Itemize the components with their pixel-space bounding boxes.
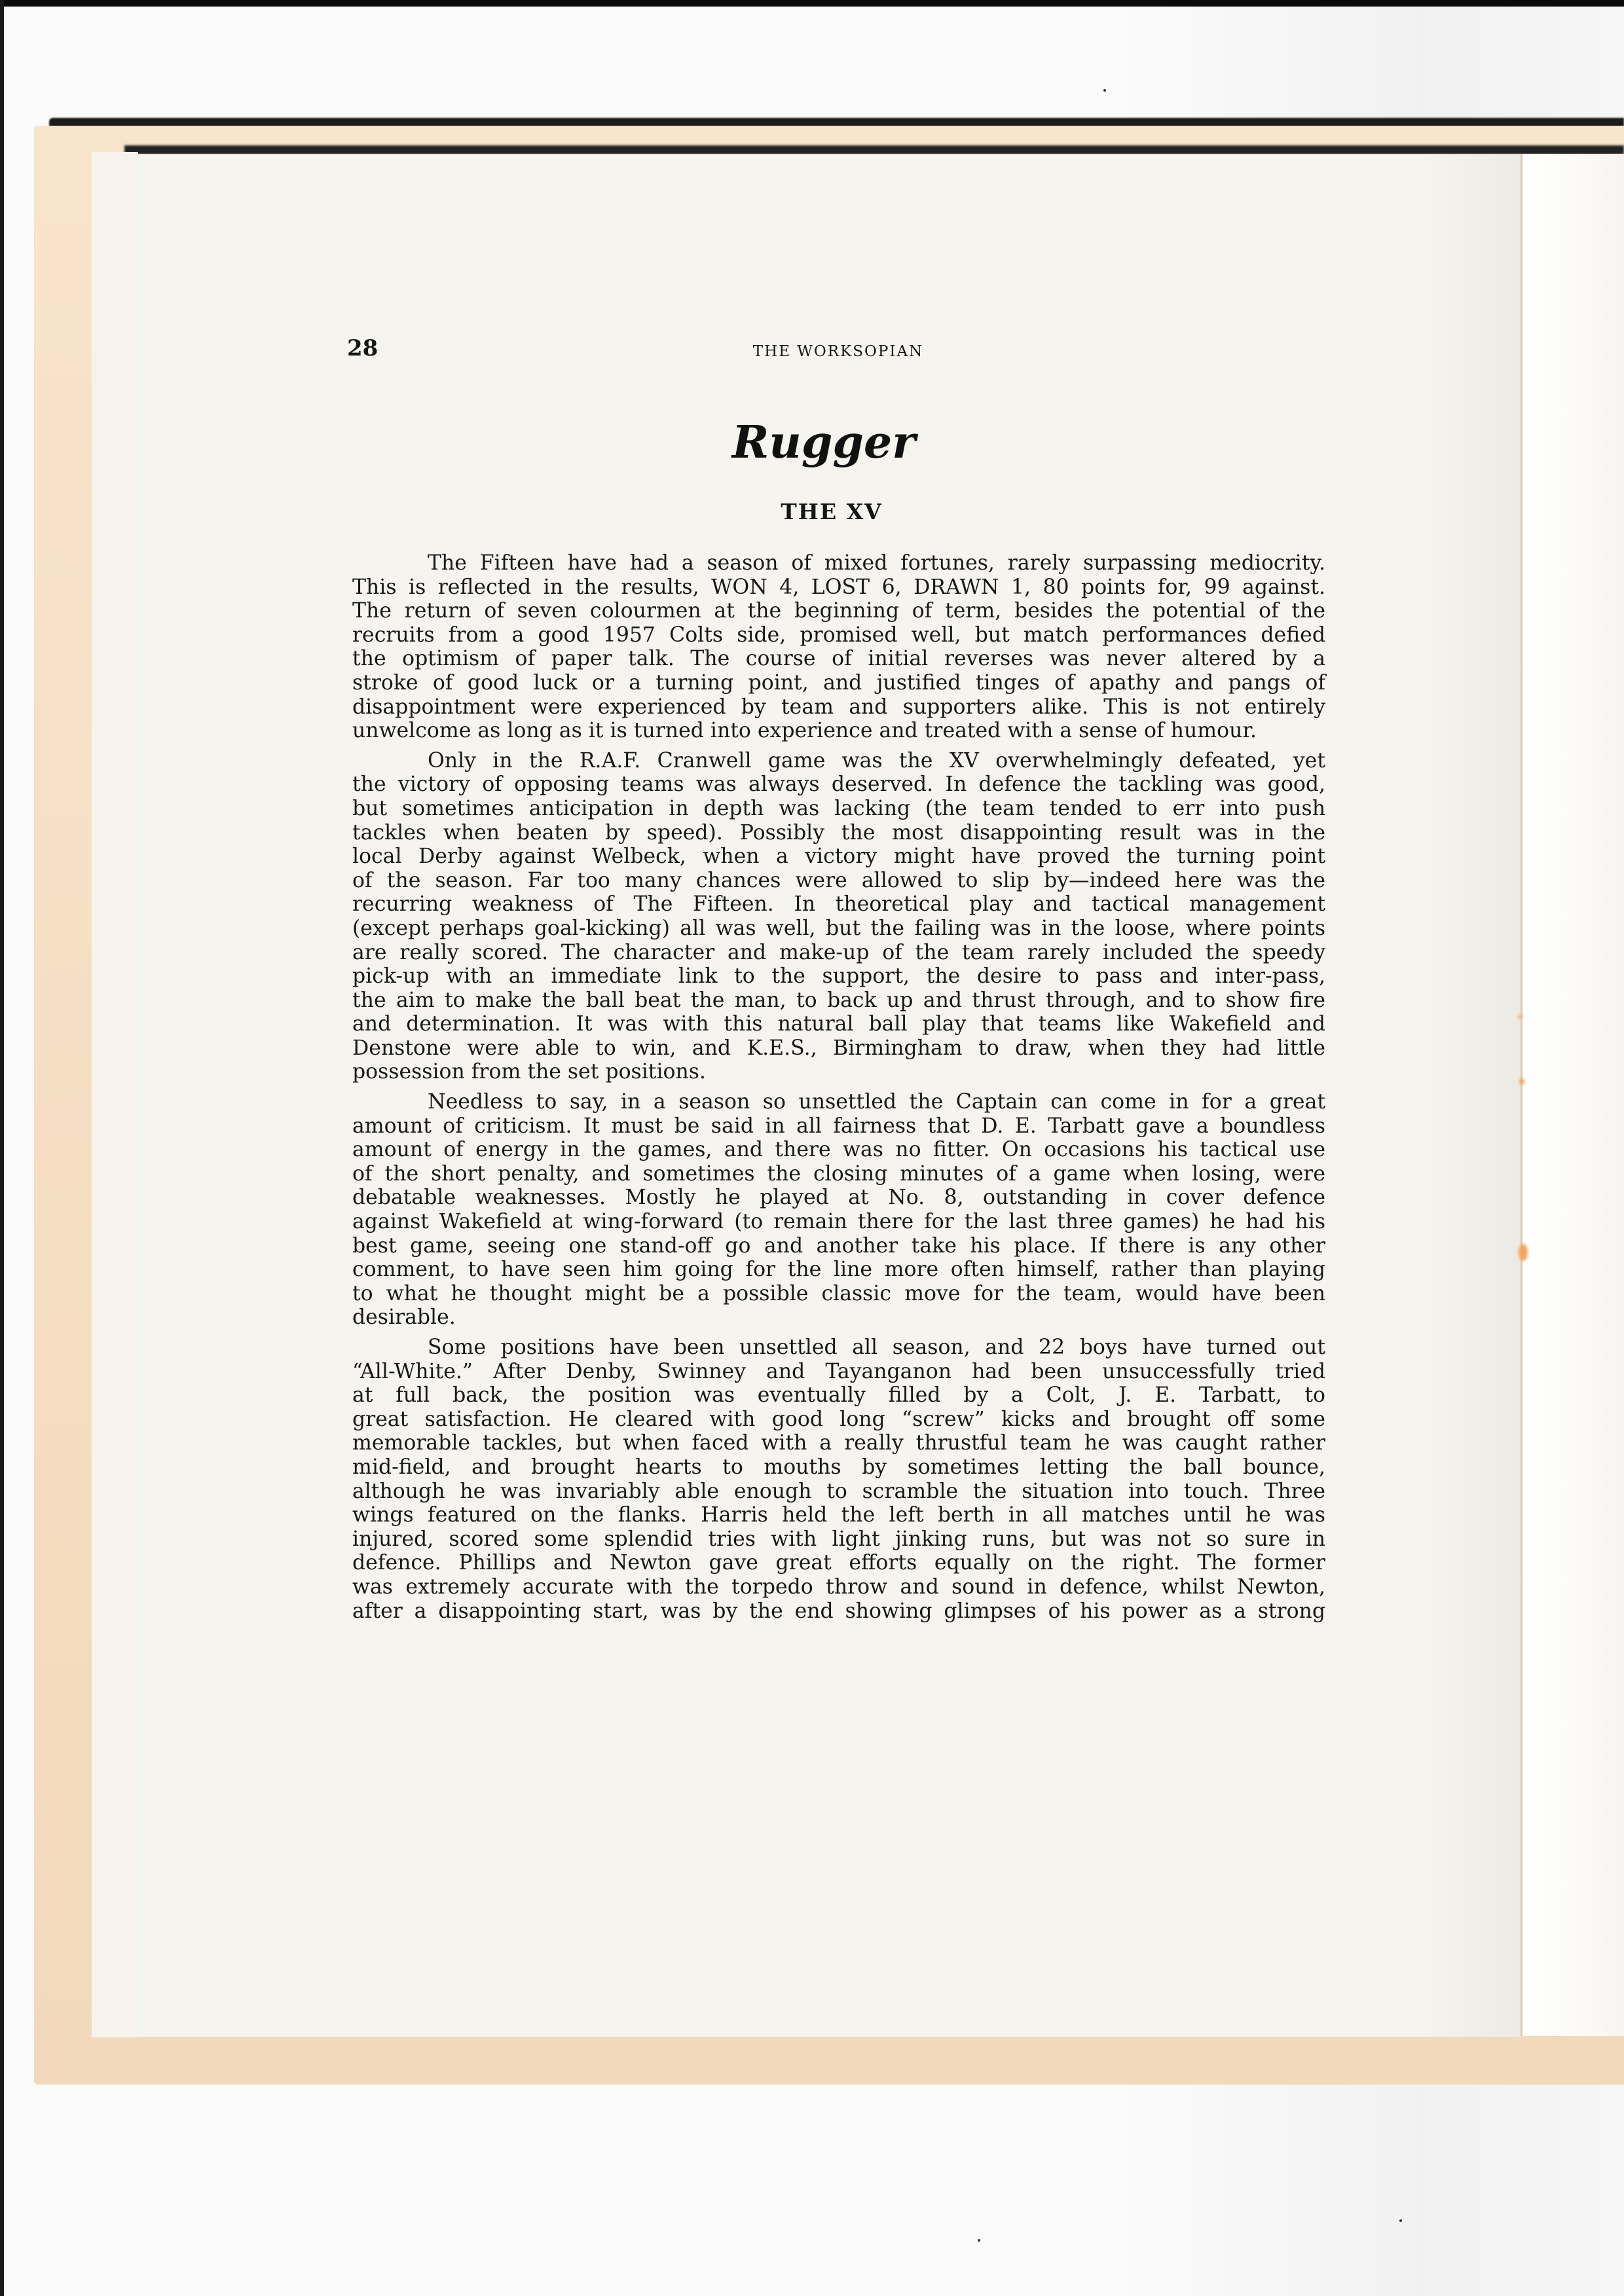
- text-line: possession from the set positions.: [352, 1060, 1325, 1084]
- text-line-content: debatable weaknesses. Mostly he played a…: [352, 1186, 1325, 1210]
- text-line-content: memorable tackles, but when faced with a…: [352, 1431, 1325, 1455]
- text-line-content: (except perhaps goal-kicking) all was we…: [352, 917, 1325, 941]
- article-title-text: Rugger: [732, 416, 915, 469]
- text-line: memorable tackles, but when faced with a…: [352, 1431, 1325, 1455]
- text-line-content: of the season. Far too many chances were…: [352, 869, 1325, 893]
- text-line: injured, scored some splendid tries with…: [352, 1527, 1325, 1552]
- text-line: debatable weaknesses. Mostly he played a…: [352, 1186, 1325, 1210]
- text-line-content: possession from the set positions.: [352, 1060, 1325, 1084]
- text-line: defence. Phillips and Newton gave great …: [352, 1551, 1325, 1575]
- text-line-content: tackles when beaten by speed). Possibly …: [352, 821, 1325, 845]
- paragraph: Needless to say, in a season so unsettle…: [352, 1090, 1325, 1330]
- text-line: comment, to have seen him going for the …: [352, 1258, 1325, 1282]
- text-line-content: pick-up with an immediate link to the su…: [352, 964, 1325, 989]
- text-line-content: at full back, the position was eventuall…: [352, 1383, 1325, 1408]
- scan-speck: [978, 2239, 980, 2242]
- text-line-content: local Derby against Welbeck, when a vict…: [352, 845, 1325, 869]
- text-line-content: Some positions have been unsettled all s…: [428, 1336, 1325, 1360]
- text-line: recruits from a good 1957 Colts side, pr…: [352, 623, 1325, 647]
- text-line-content: amount of energy in the games, and there…: [352, 1138, 1325, 1162]
- text-line: wings featured on the flanks. Harris hel…: [352, 1503, 1325, 1527]
- text-line: The return of seven colourmen at the beg…: [352, 599, 1325, 623]
- text-line: recurring weakness of The Fifteen. In th…: [352, 892, 1325, 917]
- text-line-content: mid-field, and brought hearts to mouths …: [352, 1455, 1325, 1480]
- text-line: pick-up with an immediate link to the su…: [352, 964, 1325, 989]
- text-line-content: amount of criticism. It must be said in …: [352, 1114, 1325, 1139]
- text-line-content: to what he thought might be a possible c…: [352, 1282, 1325, 1306]
- text-line: local Derby against Welbeck, when a vict…: [352, 845, 1325, 869]
- text-line: after a disappointing start, was by the …: [352, 1599, 1325, 1624]
- text-line: mid-field, and brought hearts to mouths …: [352, 1455, 1325, 1480]
- rust-stain: [1519, 1078, 1524, 1085]
- text-line: although he was invariably able enough t…: [352, 1480, 1325, 1504]
- text-line-content: unwelcome as long as it is turned into e…: [352, 719, 1325, 743]
- text-line-content: The return of seven colourmen at the beg…: [352, 599, 1325, 623]
- text-line: Only in the R.A.F. Cranwell game was the…: [352, 749, 1325, 773]
- text-line-content: but sometimes anticipation in depth was …: [352, 797, 1325, 821]
- text-line: tackles when beaten by speed). Possibly …: [352, 821, 1325, 845]
- text-line: (except perhaps goal-kicking) all was we…: [352, 917, 1325, 941]
- text-line: are really scored. The character and mak…: [352, 941, 1325, 965]
- text-line: The Fifteen have had a season of mixed f…: [352, 551, 1325, 575]
- paragraph: Some positions have been unsettled all s…: [352, 1336, 1325, 1623]
- text-line-content: This is reflected in the results, WON 4,…: [352, 575, 1325, 600]
- text-line-content: comment, to have seen him going for the …: [352, 1258, 1325, 1282]
- rust-stain: [1519, 1244, 1528, 1261]
- running-head-text: THE WORKSOPIAN: [753, 343, 923, 360]
- text-line-content: Needless to say, in a season so unsettle…: [428, 1090, 1325, 1114]
- text-line-content: recruits from a good 1957 Colts side, pr…: [352, 623, 1325, 647]
- text-line: “All-White.” After Denby, Swinney and Ta…: [352, 1360, 1325, 1384]
- text-line: of the season. Far too many chances were…: [352, 869, 1325, 893]
- text-line-content: disappointment were experienced by team …: [352, 695, 1325, 720]
- text-line: and determination. It was with this natu…: [352, 1012, 1325, 1036]
- text-line-content: desirable.: [352, 1305, 1325, 1330]
- text-line-content: after a disappointing start, was by the …: [352, 1599, 1325, 1624]
- text-line: Denstone were able to win, and K.E.S., B…: [352, 1036, 1325, 1061]
- text-line: the victory of opposing teams was always…: [352, 773, 1325, 797]
- running-head: THE WORKSOPIAN: [0, 343, 1624, 360]
- text-line-content: great satisfaction. He cleared with good…: [352, 1408, 1325, 1432]
- rust-stain: [1518, 1015, 1522, 1019]
- text-line: Some positions have been unsettled all s…: [352, 1336, 1325, 1360]
- paragraph: Only in the R.A.F. Cranwell game was the…: [352, 749, 1325, 1084]
- article-title: Rugger: [0, 416, 1624, 469]
- article-subtitle: THE XV: [0, 499, 1624, 524]
- text-line-content: Only in the R.A.F. Cranwell game was the…: [428, 749, 1325, 773]
- text-line-content: Denstone were able to win, and K.E.S., B…: [352, 1036, 1325, 1061]
- text-line: the aim to make the ball beat the man, t…: [352, 989, 1325, 1013]
- text-line: disappointment were experienced by team …: [352, 695, 1325, 720]
- text-line-content: are really scored. The character and mak…: [352, 941, 1325, 965]
- text-line-content: although he was invariably able enough t…: [352, 1480, 1325, 1504]
- text-line: was extremely accurate with the torpedo …: [352, 1575, 1325, 1599]
- text-line: the optimism of paper talk. The course o…: [352, 647, 1325, 671]
- text-line-content: was extremely accurate with the torpedo …: [352, 1575, 1325, 1599]
- text-line: amount of criticism. It must be said in …: [352, 1114, 1325, 1139]
- text-line-content: “All-White.” After Denby, Swinney and Ta…: [352, 1360, 1325, 1384]
- text-line: unwelcome as long as it is turned into e…: [352, 719, 1325, 743]
- text-line: This is reflected in the results, WON 4,…: [352, 575, 1325, 600]
- article-subtitle-text: THE XV: [781, 499, 883, 524]
- scanner-top-edge: [0, 0, 1624, 7]
- paragraph: The Fifteen have had a season of mixed f…: [352, 551, 1325, 743]
- text-line-content: best game, seeing one stand-off go and a…: [352, 1234, 1325, 1258]
- article-body: The Fifteen have had a season of mixed f…: [352, 551, 1325, 1629]
- text-line: amount of energy in the games, and there…: [352, 1138, 1325, 1162]
- text-line-content: stroke of good luck or a turning point, …: [352, 671, 1325, 695]
- text-line: at full back, the position was eventuall…: [352, 1383, 1325, 1408]
- text-line-content: the optimism of paper talk. The course o…: [352, 647, 1325, 671]
- text-line: to what he thought might be a possible c…: [352, 1282, 1325, 1306]
- text-line: best game, seeing one stand-off go and a…: [352, 1234, 1325, 1258]
- text-line: but sometimes anticipation in depth was …: [352, 797, 1325, 821]
- text-line-content: the aim to make the ball beat the man, t…: [352, 989, 1325, 1013]
- text-line-content: against Wakefield at wing-forward (to re…: [352, 1210, 1325, 1234]
- text-line: Needless to say, in a season so unsettle…: [352, 1090, 1325, 1114]
- text-line: desirable.: [352, 1305, 1325, 1330]
- scan-speck: [1103, 89, 1106, 92]
- text-line: great satisfaction. He cleared with good…: [352, 1408, 1325, 1432]
- text-line: of the short penalty, and sometimes the …: [352, 1162, 1325, 1186]
- scan-speck: [1399, 2219, 1402, 2222]
- text-line-content: of the short penalty, and sometimes the …: [352, 1162, 1325, 1186]
- text-line: against Wakefield at wing-forward (to re…: [352, 1210, 1325, 1234]
- text-line: stroke of good luck or a turning point, …: [352, 671, 1325, 695]
- text-line-content: and determination. It was with this natu…: [352, 1012, 1325, 1036]
- text-line-content: injured, scored some splendid tries with…: [352, 1527, 1325, 1552]
- text-line-content: The Fifteen have had a season of mixed f…: [428, 551, 1325, 575]
- text-line-content: recurring weakness of The Fifteen. In th…: [352, 892, 1325, 917]
- text-line-content: wings featured on the flanks. Harris hel…: [352, 1503, 1325, 1527]
- text-line-content: the victory of opposing teams was always…: [352, 773, 1325, 797]
- text-line-content: defence. Phillips and Newton gave great …: [352, 1551, 1325, 1575]
